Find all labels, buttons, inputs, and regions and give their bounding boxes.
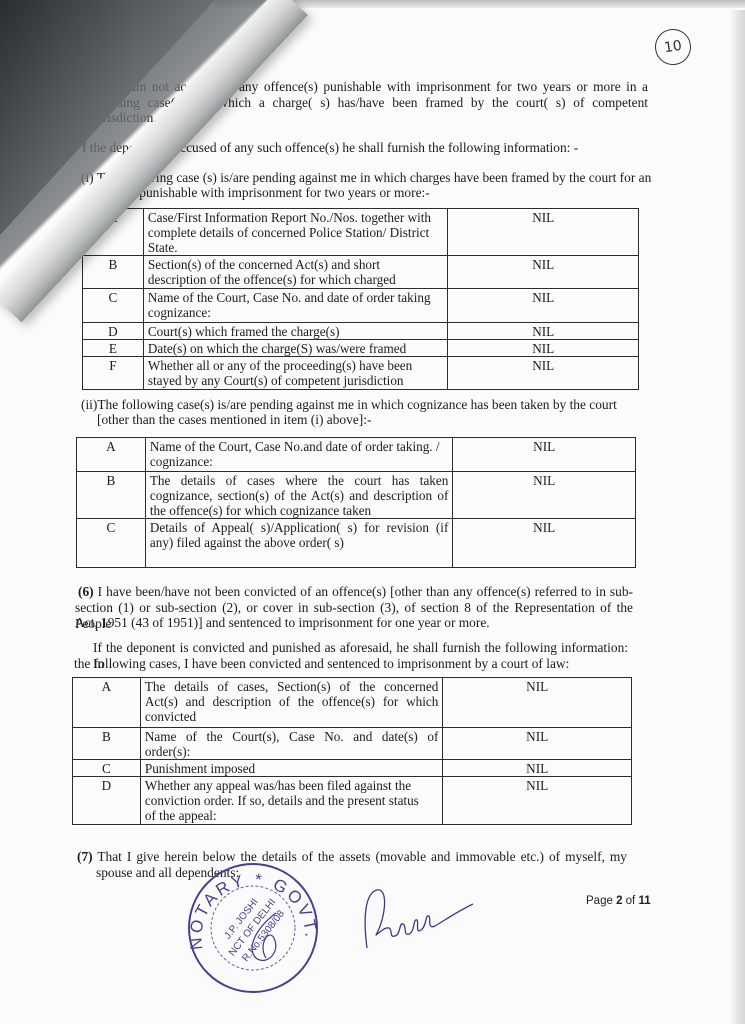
row-value: NIL [453, 438, 636, 472]
row-value: NIL [448, 340, 639, 357]
footer-of: of [622, 895, 638, 907]
row-value: NIL [448, 323, 639, 340]
description-line: conviction order. If so, details and the… [145, 793, 438, 808]
row-value: NIL [443, 777, 632, 825]
table-row: BSection(s) of the concerned Act(s) and … [83, 256, 639, 289]
item-ii-line-2: [other than the cases mentioned in item … [97, 412, 371, 428]
description-line: the offence(s) for which cognizance take… [150, 503, 448, 518]
notary-stamp: NOTARY * GOVT. OF INDIA * J.P. JOSHI NCT… [186, 858, 321, 998]
row-label: D [83, 323, 144, 340]
description-line: Whether any appeal was/has been filed ag… [145, 778, 438, 793]
row-label: E [83, 340, 144, 357]
table-row: BName of the Court(s), Case No. and date… [73, 728, 632, 760]
handwritten-page-number: 10 [653, 27, 694, 68]
row-description: The details of cases where the court has… [145, 472, 452, 519]
footer-prefix: Page [586, 895, 616, 907]
row-value: NIL [443, 760, 632, 777]
footer-total-pages: 11 [638, 895, 650, 907]
row-description: The details of cases, Section(s) of the … [140, 678, 442, 728]
row-description: Case/First Information Report No./Nos. t… [143, 209, 447, 256]
description-line: Section(s) of the concerned Act(s) and s… [148, 257, 443, 272]
row-label: C [77, 519, 146, 568]
row-label: B [83, 256, 144, 289]
row-description: Whether any appeal was/has been filed ag… [140, 777, 442, 825]
table-row: AName of the Court, Case No.and date of … [77, 438, 636, 472]
table-row: EDate(s) on which the charge(S) was/were… [83, 340, 639, 357]
description-line: of the appeal: [145, 808, 438, 823]
table-row: CName of the Court, Case No. and date of… [83, 289, 639, 323]
item-6-line-1: (6) I have been/have not been convicted … [78, 584, 633, 600]
row-label: C [73, 760, 141, 777]
convictions-table: AThe details of cases, Section(s) of the… [72, 677, 632, 825]
item-7-line-1: (7) That I give herein below the details… [77, 849, 627, 865]
row-value: NIL [453, 519, 636, 568]
description-line: Name of the Court, Case No.and date of o… [150, 439, 448, 454]
description-line: description of the offence(s) for which … [148, 272, 443, 287]
deponent-signature [355, 878, 485, 963]
table-row: BThe details of cases where the court ha… [77, 472, 636, 519]
row-value: NIL [448, 209, 639, 256]
row-description: Punishment imposed [140, 760, 442, 777]
page-top-shadow [215, 0, 745, 8]
table-row: ACase/First Information Report No./Nos. … [83, 209, 639, 256]
description-line: any) filed against the above order( s) [150, 535, 448, 550]
description-line: Name of the Court, Case No. and date of … [148, 290, 443, 305]
table-row: AThe details of cases, Section(s) of the… [73, 678, 632, 728]
page-right-edge [731, 10, 745, 1024]
item-7-line-1-text: That I give herein below the details of … [93, 849, 627, 864]
row-label: C [83, 289, 144, 323]
description-line: convicted [145, 709, 438, 724]
description-line: cognizance, section(s) of the Act(s) and… [150, 488, 448, 503]
item-6-line-1-text: I have been/have not been convicted of a… [94, 584, 633, 599]
row-value: NIL [443, 678, 632, 728]
item-6-line-3: Act, 1951 (43 of 1951)] and sentenced to… [75, 615, 490, 631]
description-line: Whether all or any of the proceeding(s) … [148, 358, 443, 373]
intro-line-1: am not accused of any offence(s) punisha… [130, 79, 648, 95]
item-7-number: (7) [77, 849, 93, 864]
row-label: B [73, 728, 141, 760]
deponent-accused-line: f the deponent is accused of any such of… [82, 140, 578, 156]
row-description: Details of Appeal( s)/Application( s) fo… [145, 519, 452, 568]
description-line: complete details of concerned Police Sta… [148, 225, 443, 240]
description-line: State. [148, 240, 443, 255]
description-line: The details of cases where the court has… [150, 473, 448, 488]
description-line: stayed by any Court(s) of competent juri… [148, 373, 443, 388]
row-description: Name of the Court(s), Case No. and date(… [140, 728, 442, 760]
cognizance-cases-table: AName of the Court, Case No.and date of … [76, 437, 636, 568]
description-line: Court(s) which framed the charge(s) [148, 324, 443, 339]
row-label: A [83, 209, 144, 256]
row-value: NIL [448, 357, 639, 390]
row-description: Whether all or any of the proceeding(s) … [143, 357, 447, 390]
pending-charges-table: ACase/First Information Report No./Nos. … [82, 208, 639, 390]
row-value: NIL [448, 256, 639, 289]
row-label: F [83, 357, 144, 390]
table-row: CPunishment imposedNIL [73, 760, 632, 777]
item-6-number: (6) [78, 584, 94, 599]
row-label: B [77, 472, 146, 519]
description-line: cognizance: [148, 305, 443, 320]
description-line: cognizance: [150, 454, 448, 469]
description-line: Date(s) on which the charge(S) was/were … [148, 341, 443, 356]
description-line: Punishment imposed [145, 761, 438, 776]
row-value: NIL [443, 728, 632, 760]
table-row: CDetails of Appeal( s)/Application( s) f… [77, 519, 636, 568]
document-page: 10 am not accused of any offence(s) puni… [0, 0, 745, 1024]
item-i-line-1: (i) The following case (s) is/are pendin… [81, 170, 651, 186]
item-ii-line-1: (ii)The following case(s) is/are pending… [81, 397, 617, 413]
row-label: A [77, 438, 146, 472]
row-description: Name of the Court, Case No.and date of o… [145, 438, 452, 472]
page-footer: Page 2 of 11 [586, 895, 651, 907]
row-value: NIL [448, 289, 639, 323]
table-row: FWhether all or any of the proceeding(s)… [83, 357, 639, 390]
description-line: Act(s) and description of the offence(s)… [145, 694, 438, 709]
description-line: Name of the Court(s), Case No. and date(… [145, 729, 438, 744]
row-description: Section(s) of the concerned Act(s) and s… [143, 256, 447, 289]
item-i-line-2: offence punishable with imprisonment for… [96, 185, 430, 201]
row-label: A [73, 678, 141, 728]
row-description: Court(s) which framed the charge(s) [143, 323, 447, 340]
row-value: NIL [453, 472, 636, 519]
row-description: Date(s) on which the charge(S) was/were … [143, 340, 447, 357]
row-label: D [73, 777, 141, 825]
row-description: Name of the Court, Case No. and date of … [143, 289, 447, 323]
description-line: Details of Appeal( s)/Application( s) fo… [150, 520, 448, 535]
description-line: order(s): [145, 744, 438, 759]
table-row: DWhether any appeal was/has been filed a… [73, 777, 632, 825]
description-line: The details of cases, Section(s) of the … [145, 679, 438, 694]
description-line: Case/First Information Report No./Nos. t… [148, 210, 443, 225]
intro-line-2: ding case( s) in which a charge( s) has/… [116, 95, 648, 111]
table-row: DCourt(s) which framed the charge(s)NIL [83, 323, 639, 340]
convicted-line-2: the following cases, I have been convict… [74, 656, 569, 672]
